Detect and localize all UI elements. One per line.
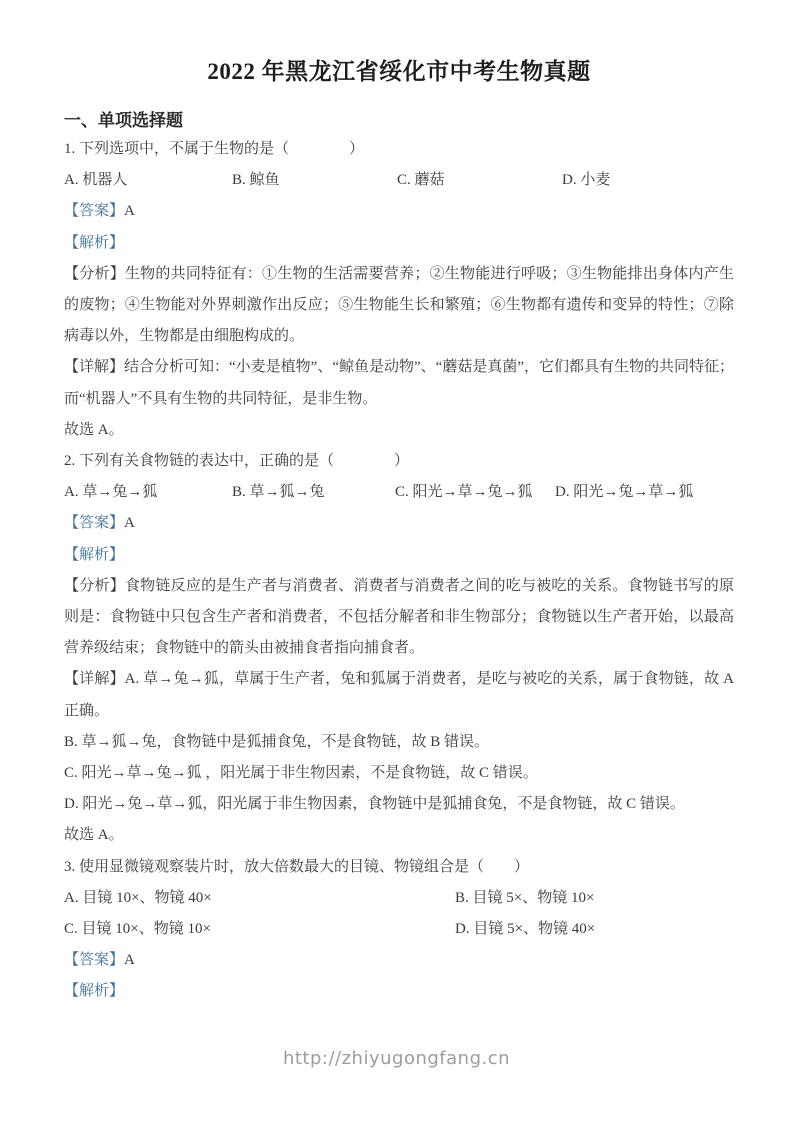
q2-xiangjie-a: 【详解】A. 草→兔→狐，草属于生产者，兔和狐属于消费者，是吃与被吃的关系，属于… bbox=[64, 664, 734, 726]
q1-option-d: D. 小麦 bbox=[562, 165, 610, 196]
q3-option-b: B. 目镜 5×、物镜 10× bbox=[455, 883, 594, 914]
q3-analysis-label-line: 【解析】 bbox=[64, 976, 734, 1007]
q2-answer-value: A bbox=[124, 515, 135, 531]
q2-options-row: A. 草→兔→狐 B. 草→狐→兔 C. 阳光→草→兔→狐 D. 阳光→兔→草→… bbox=[64, 477, 734, 508]
q2-answer-line: 【答案】A bbox=[64, 508, 734, 539]
doc-title: 2022 年黑龙江省绥化市中考生物真题 bbox=[64, 56, 734, 88]
q1-fenxi-paragraph: 【分析】生物的共同特征有：①生物的生活需要营养；②生物能进行呼吸；③生物能排出身… bbox=[64, 259, 734, 353]
q2-analysis-label-line: 【解析】 bbox=[64, 540, 734, 571]
q3-option-c: C. 目镜 10×、物镜 10× bbox=[64, 914, 455, 945]
q2-stem: 2. 下列有关食物链的表达中，正确的是（ ） bbox=[64, 446, 734, 477]
q3-option-d: D. 目镜 5×、物镜 40× bbox=[455, 914, 595, 945]
q3-answer-value: A bbox=[124, 952, 135, 968]
q2-xiangjie-b: B. 草→狐→兔，食物链中是狐捕食兔，不是食物链，故 B 错误。 bbox=[64, 727, 734, 758]
q3-answer-line: 【答案】A bbox=[64, 945, 734, 976]
question-1: 1. 下列选项中，不属于生物的是（ ） A. 机器人 B. 鲸鱼 C. 蘑菇 D… bbox=[64, 134, 734, 446]
q1-option-c: C. 蘑菇 bbox=[397, 165, 562, 196]
q2-option-a: A. 草→兔→狐 bbox=[64, 477, 232, 508]
q2-option-b: B. 草→狐→兔 bbox=[232, 477, 395, 508]
footer-watermark-url: http://zhiyugongfang.cn bbox=[0, 1048, 793, 1069]
answer-label: 【答案】 bbox=[64, 952, 124, 968]
q1-stem: 1. 下列选项中，不属于生物的是（ ） bbox=[64, 134, 734, 165]
q1-xiangjie-paragraph: 【详解】结合分析可知：“小麦是植物”、“鲸鱼是动物”、“蘑菇是真菌”，它们都具有… bbox=[64, 352, 734, 414]
exam-document-page: 2022 年黑龙江省绥化市中考生物真题 一、单项选择题 1. 下列选项中，不属于… bbox=[0, 0, 793, 1122]
q3-option-a: A. 目镜 10×、物镜 40× bbox=[64, 883, 455, 914]
q1-options-row: A. 机器人 B. 鲸鱼 C. 蘑菇 D. 小麦 bbox=[64, 165, 734, 196]
q3-options-row-1: A. 目镜 10×、物镜 40× B. 目镜 5×、物镜 10× bbox=[64, 883, 734, 914]
section-heading: 一、单项选择题 bbox=[64, 108, 734, 134]
document-body: 1. 下列选项中，不属于生物的是（ ） A. 机器人 B. 鲸鱼 C. 蘑菇 D… bbox=[64, 134, 734, 1008]
q2-conclusion: 故选 A。 bbox=[64, 820, 734, 851]
answer-label: 【答案】 bbox=[64, 203, 124, 219]
q2-fenxi-paragraph: 【分析】食物链反应的是生产者与消费者、消费者与消费者之间的吃与被吃的关系。食物链… bbox=[64, 571, 734, 665]
analysis-label: 【解析】 bbox=[64, 235, 124, 251]
q2-option-c: C. 阳光→草→兔→狐 bbox=[395, 477, 555, 508]
question-2: 2. 下列有关食物链的表达中，正确的是（ ） A. 草→兔→狐 B. 草→狐→兔… bbox=[64, 446, 734, 852]
q1-option-a: A. 机器人 bbox=[64, 165, 232, 196]
answer-label: 【答案】 bbox=[64, 515, 124, 531]
document-content: 2022 年黑龙江省绥化市中考生物真题 一、单项选择题 1. 下列选项中，不属于… bbox=[0, 56, 793, 1008]
q2-xiangjie-d: D. 阳光→兔→草→狐，阳光属于非生物因素，食物链中是狐捕食兔，不是食物链，故 … bbox=[64, 789, 734, 820]
q3-stem: 3. 使用显微镜观察装片时，放大倍数最大的目镜、物镜组合是（ ） bbox=[64, 852, 734, 883]
q1-conclusion: 故选 A。 bbox=[64, 415, 734, 446]
q2-option-d: D. 阳光→兔→草→狐 bbox=[555, 477, 693, 508]
q1-answer-line: 【答案】A bbox=[64, 196, 734, 227]
analysis-label: 【解析】 bbox=[64, 983, 124, 999]
q3-options-row-2: C. 目镜 10×、物镜 10× D. 目镜 5×、物镜 40× bbox=[64, 914, 734, 945]
analysis-label: 【解析】 bbox=[64, 547, 124, 563]
question-3: 3. 使用显微镜观察装片时，放大倍数最大的目镜、物镜组合是（ ） A. 目镜 1… bbox=[64, 852, 734, 1008]
q1-option-b: B. 鲸鱼 bbox=[232, 165, 397, 196]
q1-analysis-label-line: 【解析】 bbox=[64, 228, 734, 259]
q2-xiangjie-c: C. 阳光→草→兔→狐 ，阳光属于非生物因素，不是食物链，故 C 错误。 bbox=[64, 758, 734, 789]
q1-answer-value: A bbox=[124, 203, 135, 219]
